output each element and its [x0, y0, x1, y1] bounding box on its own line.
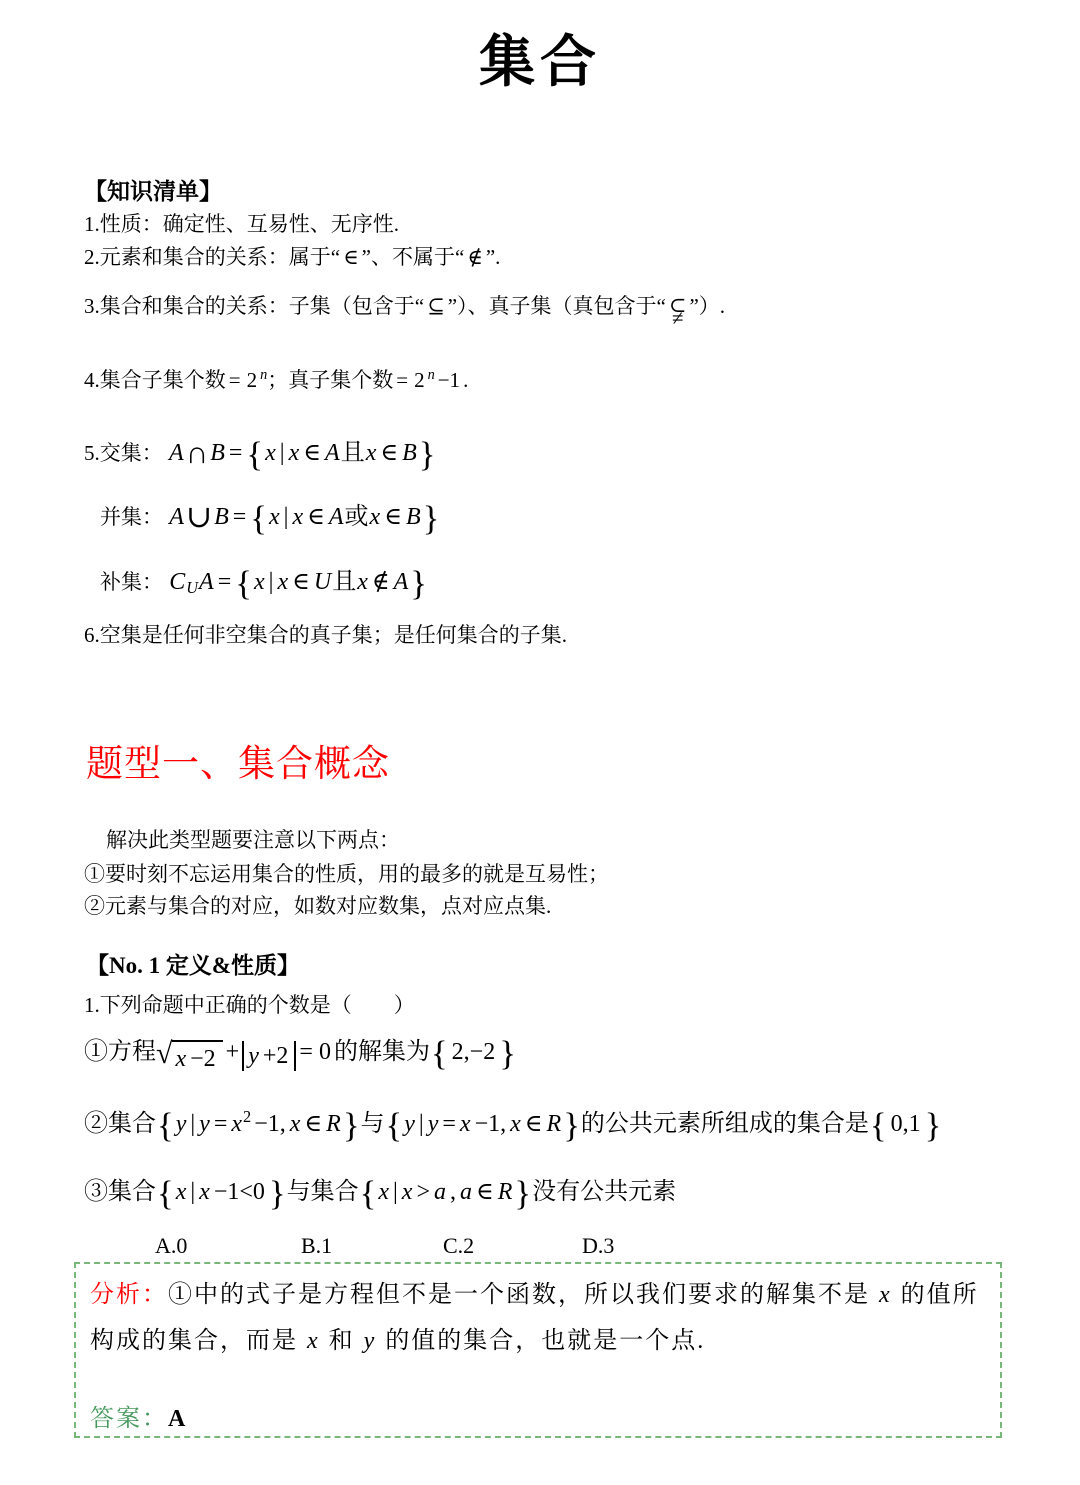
statement-1: ①方程√x−2+y+2=0的解集为{2,−2}: [84, 1036, 517, 1075]
section-heading: 题型一、集合概念: [86, 733, 390, 787]
analysis-text: ①中的式子是方程但不是一个函数，所以我们要求的解集不是 x 的值所构成的集合，而…: [90, 1282, 979, 1354]
knowledge-item-3: 3.集合和集合的关系：子集（包含于“⊆”）、真子集（真包含于“⊂≠”）.: [84, 292, 725, 325]
union-label: 并集：: [100, 505, 163, 529]
knowledge-item-4: 4.集合子集个数=2n；真子集个数=2n−1.: [84, 366, 468, 394]
option-b: B.1: [301, 1233, 332, 1259]
knowledge-item-2: 2.元素和集合的关系：属于“∈”、不属于“∉”.: [84, 243, 500, 271]
complement-label: 补集：: [100, 570, 163, 594]
union-row: 并集： A∪B={x|x∈A或x∈B}: [100, 501, 440, 536]
note-point-2: ②元素与集合的对应，如数对应数集，点对应点集.: [84, 892, 551, 920]
document-title: 集合: [0, 18, 1080, 98]
option-c: C.2: [443, 1233, 474, 1259]
note-point-1: ①要时刻不忘运用集合的性质，用的最多的就是互易性；: [84, 860, 609, 888]
subsection-header: 【No. 1 定义&性质】: [86, 950, 300, 981]
analysis-paragraph: 分析：①中的式子是方程但不是一个函数，所以我们要求的解集不是 x 的值所构成的集…: [90, 1272, 980, 1364]
document-page: 集合 【知识清单】 1.性质：确定性、互易性、无序性. 2.元素和集合的关系：属…: [0, 0, 1080, 1485]
intersection-label: 5.交集：: [84, 441, 163, 465]
section-intro: 解决此类型题要注意以下两点：: [106, 826, 400, 854]
analysis-box: 分析：①中的式子是方程但不是一个函数，所以我们要求的解集不是 x 的值所构成的集…: [74, 1262, 1002, 1438]
union-formula: A∪B={x|x∈A或x∈B}: [168, 504, 440, 530]
answer-line: 答案：A: [90, 1398, 185, 1433]
statement-3: ③集合{x|x−1<0}与集合{x|x>a,a∈R}没有公共元素: [84, 1176, 676, 1211]
analysis-label: 分析：: [90, 1282, 168, 1308]
answer-label: 答案：: [90, 1406, 168, 1432]
statement-2: ②集合{y|y=x2−1,x∈R}与{y|y=x−1,x∈R}的公共元素所组成的…: [84, 1106, 942, 1143]
answer-value: A: [168, 1406, 185, 1432]
question-1: 1.下列命题中正确的个数是（ ）: [84, 991, 415, 1019]
knowledge-item-5: 5.交集： A∩B={x|x∈A且x∈B}: [84, 437, 436, 472]
options-row: A.0 B.1 C.2 D.3: [0, 1233, 1080, 1265]
complement-row: 补集： CUA={x|x∈U且x∉A}: [100, 566, 428, 601]
complement-formula: CUA={x|x∈U且x∉A}: [168, 569, 428, 595]
option-a: A.0: [155, 1233, 187, 1259]
knowledge-item-1: 1.性质：确定性、互易性、无序性.: [84, 210, 399, 238]
intersection-formula: A∩B={x|x∈A且x∈B}: [168, 440, 436, 466]
knowledge-item-6: 6.空集是任何非空集合的真子集；是任何集合的子集.: [84, 621, 567, 649]
knowledge-list-header: 【知识清单】: [84, 176, 222, 207]
option-d: D.3: [582, 1233, 614, 1259]
